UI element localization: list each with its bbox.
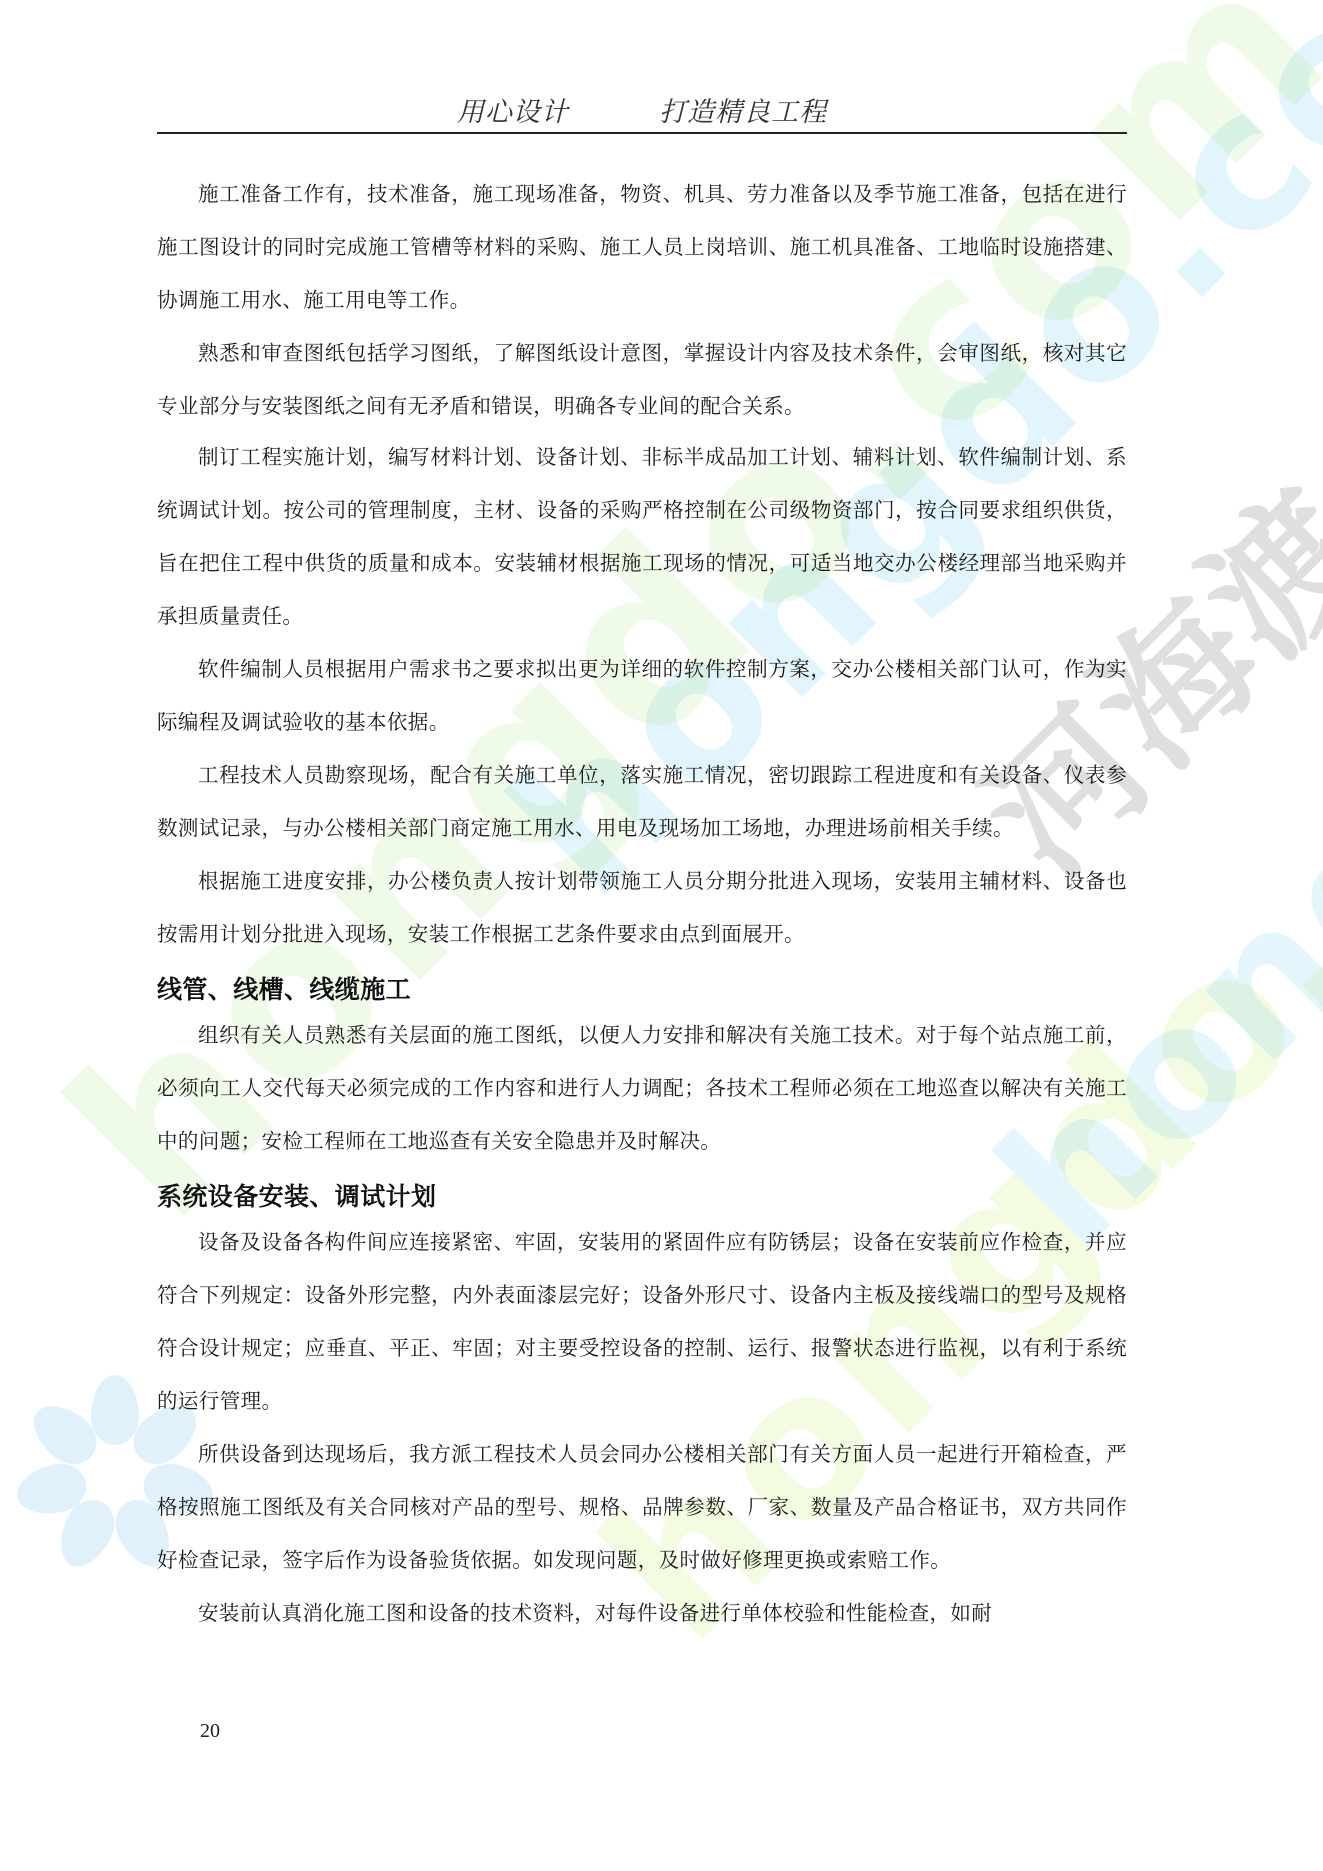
paragraph-implementation-plan: 制订工程实施计划，编写材料计划、设备计划、非标半成品加工计划、辅料计划、软件编制… (157, 431, 1127, 643)
page-header: 用心设计 打造精良工程 (157, 88, 1127, 134)
page-number: 20 (200, 1720, 220, 1743)
paragraph-equipment-inspection: 设备及设备各构件间应连接紧密、牢固，安装用的紧固件应有防锈层；设备在安装前应作检… (157, 1216, 1127, 1428)
header-slogan-right: 打造精良工程 (659, 90, 827, 129)
header-slogan-left: 用心设计 (457, 90, 569, 129)
paragraph-unpacking-check: 所供设备到达现场后，我方派工程技术人员会同办公楼相关部门有关方面人员一起进行开箱… (157, 1428, 1127, 1587)
paragraph-drawing-review: 熟悉和审查图纸包括学习图纸，了解图纸设计意图，掌握设计内容及技术条件，会审图纸，… (157, 327, 1127, 433)
paragraph-construction-preparation: 施工准备工作有，技术准备，施工现场准备，物资、机具、劳力准备以及季节施工准备，包… (157, 168, 1127, 327)
section-heading-cabling: 线管、线槽、线缆施工 (157, 967, 1127, 1013)
paragraph-cabling-organization: 组织有关人员熟悉有关层面的施工图纸，以便人力安排和解决有关施工技术。对于每个站点… (157, 1009, 1127, 1168)
document-body: 施工准备工作有，技术准备，施工现场准备，物资、机具、劳力准备以及季节施工准备，包… (157, 168, 1127, 1640)
section-heading-installation-debugging: 系统设备安装、调试计划 (157, 1174, 1127, 1220)
paragraph-site-survey: 工程技术人员勘察现场，配合有关施工单位，落实施工情况，密切跟踪工程进度和有关设备… (157, 749, 1127, 855)
paragraph-pre-install-calibration: 安装前认真消化施工图和设备的技术资料，对每件设备进行单体校验和性能检查，如耐 (157, 1587, 1127, 1640)
paragraph-software-plan: 软件编制人员根据用户需求书之要求拟出更为详细的软件控制方案，交办公楼相关部门认可… (157, 643, 1127, 749)
paragraph-phased-entry: 根据施工进度安排，办公楼负责人按计划带领施工人员分期分批进入现场，安装用主辅材料… (157, 855, 1127, 961)
